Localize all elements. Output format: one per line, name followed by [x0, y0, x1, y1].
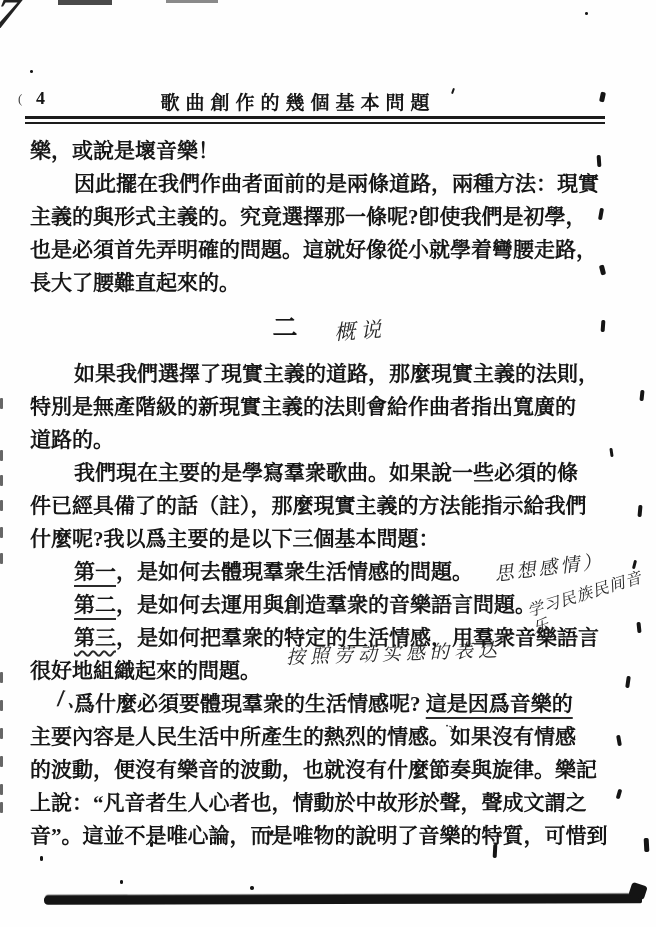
- scan-speck: [40, 856, 43, 861]
- scan-speck: [597, 155, 602, 167]
- scan-speck: [0, 802, 3, 813]
- printed-text: 音”。這並不是唯心論，而是唯物的說明了音樂的特質，可惜到: [30, 824, 608, 848]
- text-line: 如果我們選擇了現實主義的道路，那麼現實主義的法則，: [30, 358, 628, 391]
- printed-text: 特別是無產階級的新現實主義的法則會給作曲者指出寬廣的: [30, 395, 576, 419]
- scan-speck: [0, 398, 3, 409]
- text-line: 音”。這並不是唯心論，而是唯物的說明了音樂的特質，可惜到: [30, 820, 628, 853]
- scan-speck: [250, 886, 254, 890]
- underlined-text: 第二: [30, 593, 116, 617]
- scan-speck: [601, 320, 606, 332]
- body-text: 樂，或說是壞音樂！因此擺在我們作曲者面前的是兩條道路，兩種方法：現實主義的與形式…: [30, 135, 628, 853]
- scan-speck: [644, 838, 650, 852]
- printed-text: 道路的。: [30, 428, 114, 452]
- underlined-text: 第三: [30, 626, 116, 650]
- scan-speck: [493, 844, 498, 858]
- corner-page-mark: 7: [0, 0, 25, 39]
- text-line: 樂，或說是壞音樂！: [30, 135, 628, 168]
- scan-speck: [585, 12, 588, 15]
- scan-speck: [150, 842, 153, 847]
- scan-speck: [0, 527, 3, 538]
- scan-speck: [625, 676, 631, 688]
- scan-speck: [632, 560, 637, 569]
- scan-speck: [0, 475, 3, 486]
- printed-text: 很好地組織起來的問題。: [30, 659, 261, 683]
- printed-text: 什麼呢?我以爲主要的是以下三個基本問題：: [30, 527, 440, 551]
- page-bottom-shadow: [44, 894, 642, 905]
- scan-speck: [639, 390, 644, 401]
- handwritten-margin-marker: 丨、: [48, 682, 88, 720]
- page-header: ( 4 歌曲創作的幾個基本問題: [0, 88, 656, 114]
- printed-text: 爲什麼必須要體現羣衆的生活情感呢?: [30, 692, 426, 716]
- text-line: 的波動，便沒有樂音的波動，也就沒有什麼節奏與旋律。樂記: [30, 754, 628, 787]
- running-title: 歌曲創作的幾個基本問題: [0, 88, 596, 115]
- text-line: 丨、爲什麼必須要體現羣衆的生活情感呢? 這是因爲音樂的?: [30, 688, 628, 721]
- underlined-text: 這是因爲音樂的: [426, 692, 573, 716]
- handwritten-annotation: 按照劳动实感的表达: [285, 634, 502, 675]
- scan-artifact: [58, 0, 112, 5]
- text-line: 什麼呢?我以爲主要的是以下三個基本問題：: [30, 523, 628, 556]
- printed-text: 主要內容是人民生活中所產生的熱烈的情感。如果沒有情感: [30, 725, 576, 749]
- scan-speck: [0, 700, 3, 711]
- text-line: 主義的與形式主義的。究竟選擇那一條呢?卽使我們是初學，: [30, 201, 628, 234]
- scan-speck: [636, 622, 641, 633]
- printed-text: 長大了腰難直起來的。: [30, 271, 240, 295]
- text-line: 道路的。: [30, 424, 628, 457]
- scan-speck: [0, 672, 3, 683]
- printed-text: 樂，或說是壞音樂！: [30, 139, 219, 163]
- text-line: 也是必須首先弄明確的問題。這就好像從小就學着彎腰走路，: [30, 234, 628, 267]
- scan-speck: [0, 500, 3, 511]
- scan-speck: [0, 728, 3, 739]
- scan-speck: [637, 505, 642, 517]
- text-line: 第二，是如何去運用與創造羣衆的音樂語言問題。学习民族民间音乐: [30, 589, 628, 622]
- text-line: 長大了腰難直起來的。: [30, 267, 628, 300]
- text-line: 上說：“凡音者生人心者也，情動於中故形於聲，聲成文謂之: [30, 787, 628, 820]
- handwritten-annotation: 概说: [332, 300, 388, 361]
- text-line: 特別是無產階級的新現實主義的法則會給作曲者指出寬廣的: [30, 391, 628, 424]
- scan-speck: [0, 784, 3, 795]
- printed-text: 主義的與形式主義的。究竟選擇那一條呢?卽使我們是初學，: [30, 205, 587, 229]
- scan-speck: [0, 450, 3, 461]
- scan-speck: [120, 880, 123, 884]
- text-line: 因此擺在我們作曲者面前的是兩條道路，兩種方法：現實: [30, 168, 628, 201]
- text-line: 件已經具備了的話（註），那麼現實主義的方法能指示給我們: [30, 490, 628, 523]
- scanned-book-page: 7 ( 4 歌曲創作的幾個基本問題 樂，或說是壞音樂！因此擺在我們作曲者面前的是…: [0, 0, 656, 927]
- printed-text: ，是如何去體現羣衆生活情感的問題。: [116, 560, 473, 584]
- printed-text: 件已經具備了的話（註），那麼現實主義的方法能指示給我們: [30, 494, 587, 518]
- printed-text: 因此擺在我們作曲者面前的是兩條道路，兩種方法：現實: [30, 172, 599, 196]
- section-heading: 二概说: [30, 300, 628, 358]
- printed-text: 的波動，便沒有樂音的波動，也就沒有什麼節奏與旋律。樂記: [30, 758, 597, 782]
- printed-text: 我們現在主要的是學寫羣衆歌曲。如果說一些必須的條: [30, 461, 578, 485]
- text-line: 主要內容是人民生活中所產生的熱烈的情感。如果沒有情感: [30, 721, 628, 754]
- header-rule: [25, 116, 605, 124]
- text-line: 第一，是如何去體現羣衆生活情感的問題。思想感情）: [30, 556, 628, 589]
- scan-speck: [30, 70, 33, 73]
- printed-text: 也是必須首先弄明確的問題。這就好像從小就學着彎腰走路，: [30, 238, 597, 262]
- scan-artifact: [166, 0, 218, 3]
- underlined-text: 第一: [30, 560, 116, 584]
- printed-text: 上說：“凡音者生人心者也，情動於中故形於聲，聲成文謂之: [30, 791, 587, 815]
- text-line: 我們現在主要的是學寫羣衆歌曲。如果說一些必須的條: [30, 457, 628, 490]
- printed-text: 如果我們選擇了現實主義的道路，那麼現實主義的法則，: [30, 362, 599, 386]
- scan-speck: [0, 756, 3, 767]
- scan-speck: [0, 553, 3, 564]
- printed-text: ，是如何去運用與創造羣衆的音樂語言問題。: [116, 593, 536, 617]
- text-line: 很好地組織起來的問題。按照劳动实感的表达: [30, 655, 628, 688]
- printed-text: 二: [272, 315, 299, 342]
